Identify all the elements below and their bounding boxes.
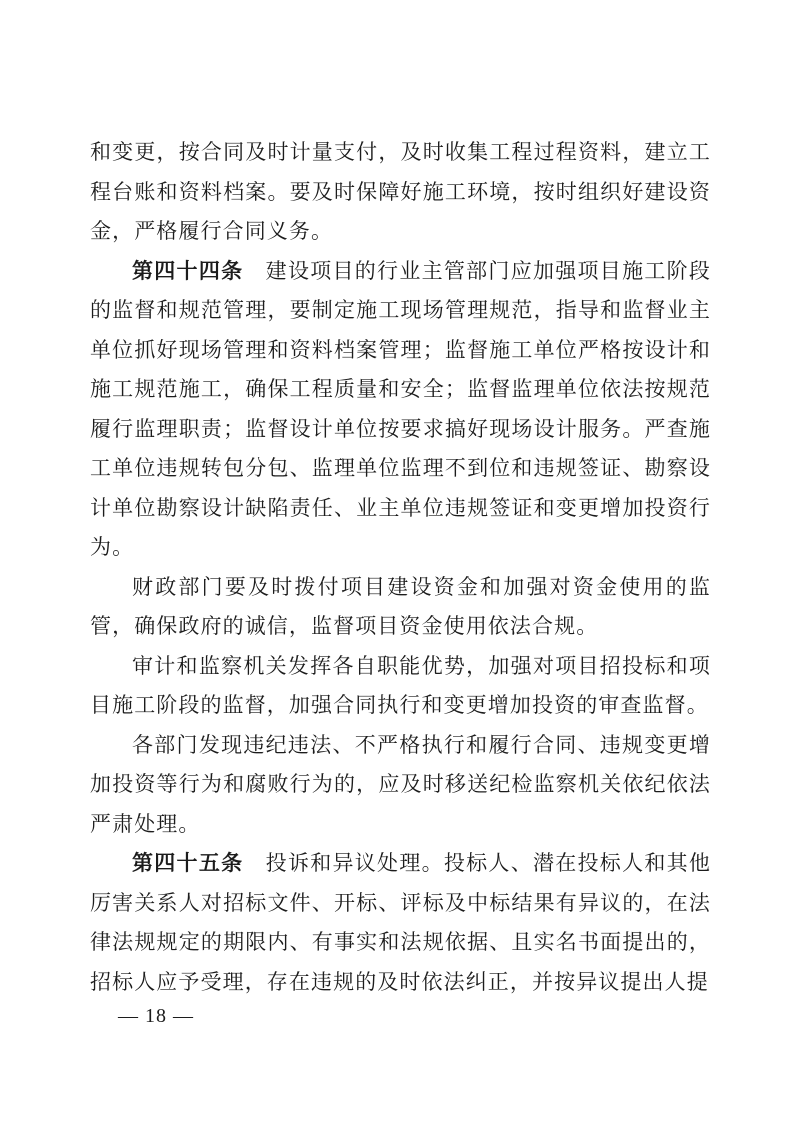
paragraph-article-44: 第四十四条 建设项目的行业主管部门应加强项目施工阶段的监督和规范管理，要制定施工… — [90, 252, 711, 568]
paragraph-finance: 财政部门要及时拨付项目建设资金和加强对资金使用的监管，确保政府的诚信，监督项目资… — [90, 568, 711, 647]
page-number: — 18 — — [118, 1001, 194, 1031]
paragraph-continuation: 和变更，按合同及时计量支付，及时收集工程过程资料，建立工程台账和资料档案。要及时… — [90, 133, 711, 252]
document-body: 和变更，按合同及时计量支付，及时收集工程过程资料，建立工程台账和资料档案。要及时… — [90, 133, 711, 1002]
document-page: 和变更，按合同及时计量支付，及时收集工程过程资料，建立工程台账和资料档案。要及时… — [0, 0, 793, 1122]
article-45-label: 第四十五条 — [132, 851, 243, 875]
paragraph-article-45: 第四十五条 投诉和异议处理。投标人、潜在投标人和其他厉害关系人对招标文件、开标、… — [90, 844, 711, 1002]
paragraph-audit: 审计和监察机关发挥各自职能优势，加强对项目招投标和项目施工阶段的监督，加强合同执… — [90, 647, 711, 726]
article-44-label: 第四十四条 — [132, 259, 243, 283]
article-44-text: 建设项目的行业主管部门应加强项目施工阶段的监督和规范管理，要制定施工现场管理规范… — [90, 259, 711, 560]
paragraph-discipline: 各部门发现违纪违法、不严格执行和履行合同、违规变更增加投资等行为和腐败行为的，应… — [90, 726, 711, 845]
